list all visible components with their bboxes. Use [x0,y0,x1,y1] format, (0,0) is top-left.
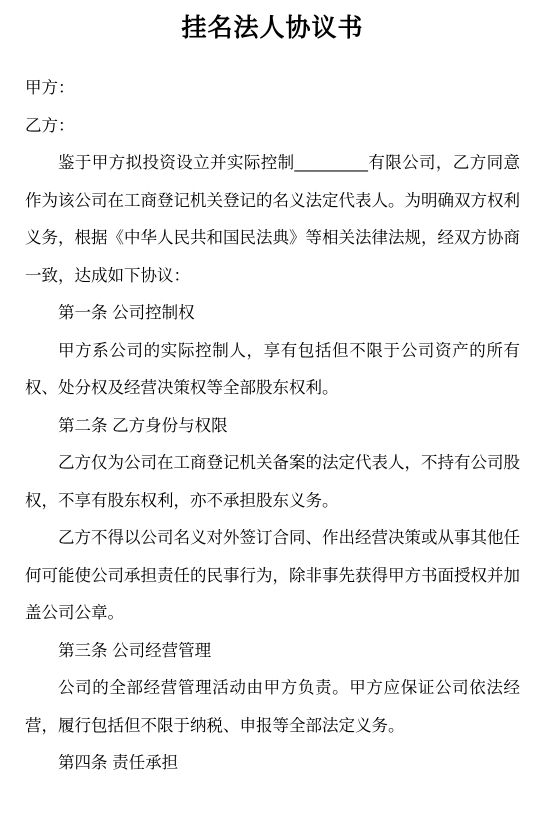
section-1-heading: 第一条 公司控制权 [25,295,520,333]
section-3-heading: 第三条 公司经营管理 [25,633,520,671]
section-3-paragraph: 公司的全部经营管理活动由甲方负责。甲方应保证公司依法经营，履行包括但不限于纳税、… [25,670,520,745]
party-b-label: 乙方： [25,108,520,146]
section-1-paragraph: 甲方系公司的实际控制人，享有包括但不限于公司资产的所有权、处分权及经营决策权等全… [25,333,520,408]
section-2-paragraph-1: 乙方仅为公司在工商登记机关备案的法定代表人，不持有公司股权，不享有股东权利，亦不… [25,445,520,520]
document-page: 挂名法人协议书 甲方： 乙方： 鉴于甲方拟投资设立并实际控制________有限… [0,0,545,813]
section-2-paragraph-2: 乙方不得以公司名义对外签订合同、作出经营决策或从事其他任何可能使公司承担责任的民… [25,520,520,633]
section-2-heading: 第二条 乙方身份与权限 [25,408,520,446]
section-4-heading: 第四条 责任承担 [25,745,520,783]
intro-paragraph: 鉴于甲方拟投资设立并实际控制________有限公司，乙方同意作为该公司在工商登… [25,145,520,295]
page-title: 挂名法人协议书 [25,10,520,46]
party-a-label: 甲方： [25,70,520,108]
